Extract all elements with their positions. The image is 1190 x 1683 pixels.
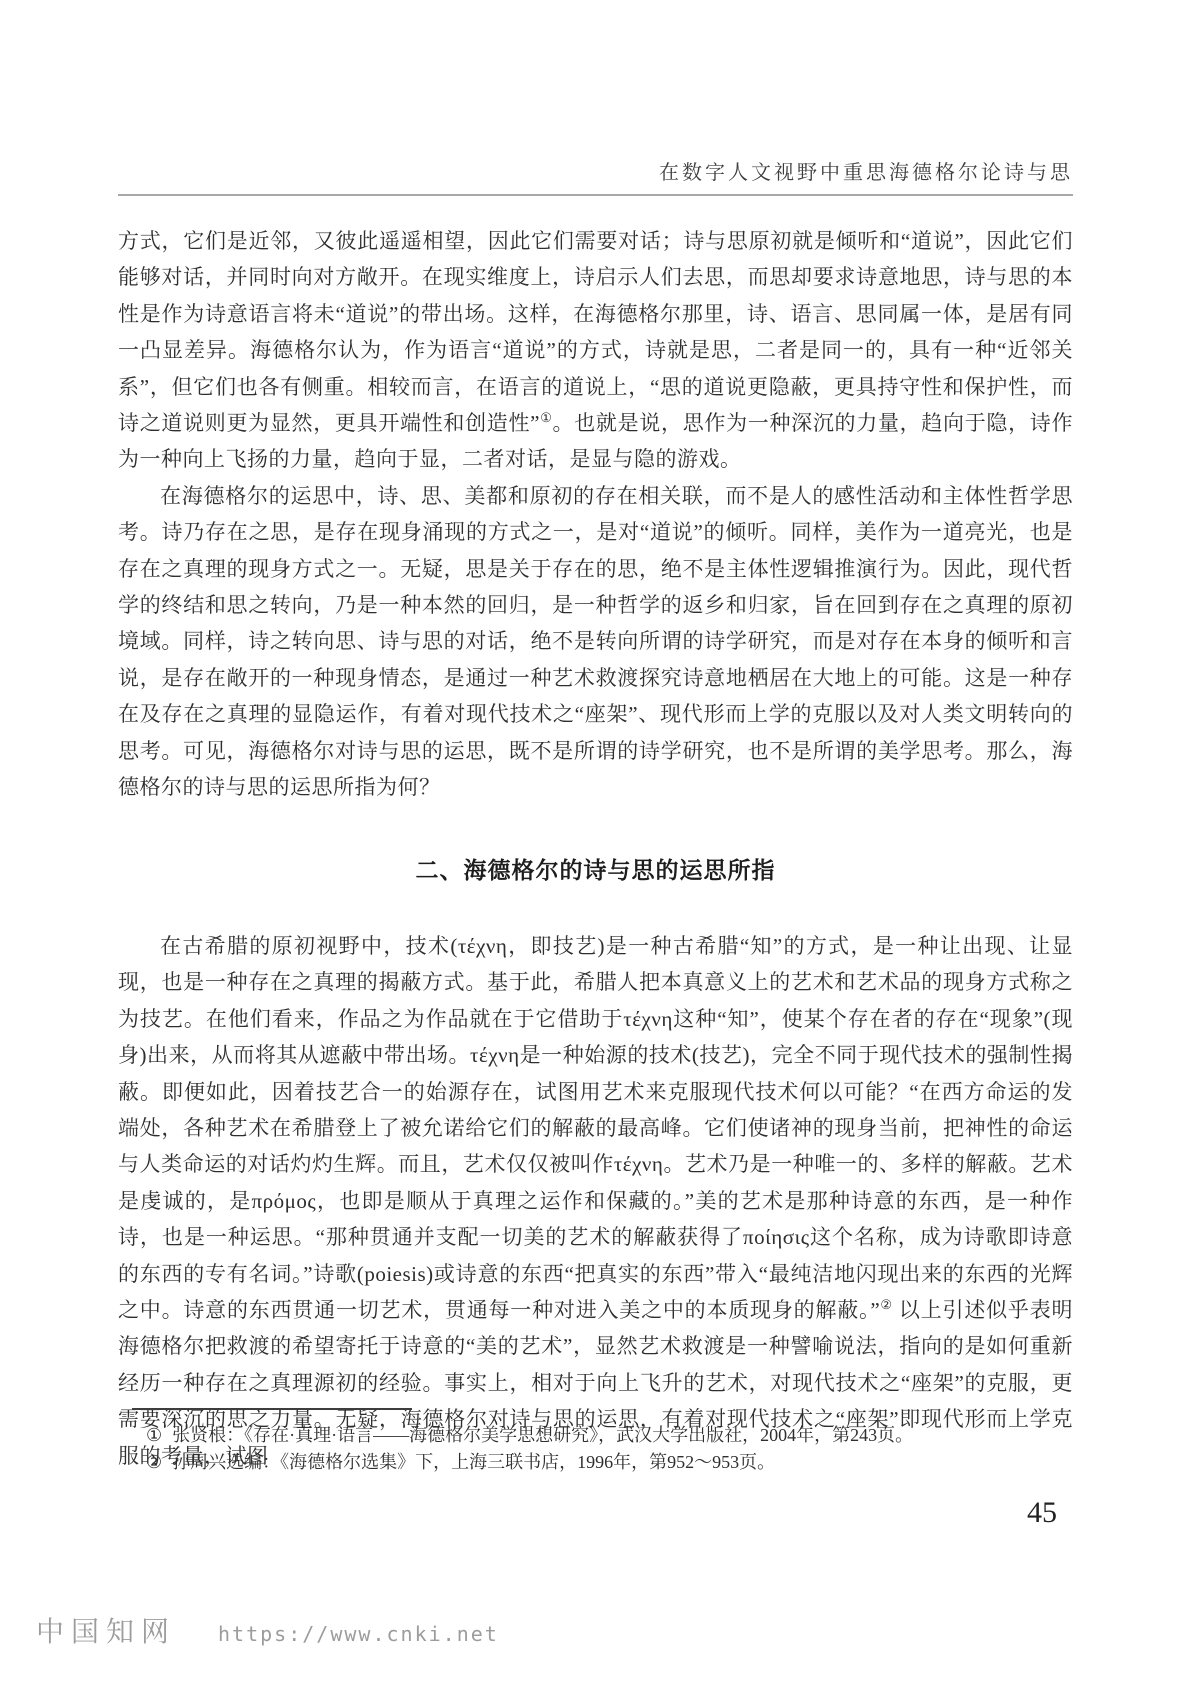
section-heading: 二、海德格尔的诗与思的运思所指	[118, 852, 1073, 888]
footnote-divider	[132, 1408, 412, 1410]
article-body: 方式，它们是近邻，又彼此遥遥相望，因此它们需要对话；诗与思原初就是倾听和“道说”…	[118, 223, 1073, 1474]
footnote-1-text: 张贤根：《存在·真理·语言——海德格尔美学思想研究》，武汉大学出版社，2004年…	[172, 1425, 913, 1445]
footnote-2: ②孙周兴选编：《海德格尔选集》下，上海三联书店，1996年，第952～953页。	[118, 1449, 1073, 1476]
footnote-2-text: 孙周兴选编：《海德格尔选集》下，上海三联书店，1996年，第952～953页。	[172, 1452, 775, 1472]
body-paragraph-1: 方式，它们是近邻，又彼此遥遥相望，因此它们需要对话；诗与思原初就是倾听和“道说”…	[118, 223, 1073, 478]
cnki-watermark: 中国知网 https://www.cnki.net	[36, 1610, 499, 1650]
document-page: 在数字人文视野中重思海德格尔论诗与思 方式，它们是近邻，又彼此遥遥相望，因此它们…	[0, 0, 1190, 1683]
watermark-url: https://www.cnki.net	[218, 1622, 499, 1646]
footnote-1-marker: ①	[146, 1425, 162, 1445]
footnote-2-marker: ②	[146, 1452, 162, 1472]
paragraph-1-text-before-note: 方式，它们是近邻，又彼此遥遥相望，因此它们需要对话；诗与思原初就是倾听和“道说”…	[118, 229, 1073, 435]
footnote-reference-2: ②	[880, 1297, 893, 1312]
page-number: 45	[1027, 1496, 1057, 1530]
running-header-title: 在数字人文视野中重思海德格尔论诗与思	[118, 156, 1073, 196]
watermark-site-name: 中国知网	[36, 1610, 176, 1650]
footnotes-section: ①张贤根：《存在·真理·语言——海德格尔美学思想研究》，武汉大学出版社，2004…	[118, 1408, 1073, 1476]
body-paragraph-3: 在古希腊的原初视野中，技术(τέχνη，即技艺)是一种古希腊“知”的方式，是一种…	[118, 928, 1073, 1474]
footnote-1: ①张贤根：《存在·真理·语言——海德格尔美学思想研究》，武汉大学出版社，2004…	[118, 1422, 1073, 1449]
paragraph-3-text-before-note: 在古希腊的原初视野中，技术(τέχνη，即技艺)是一种古希腊“知”的方式，是一种…	[118, 934, 1073, 1322]
footnote-reference-1: ①	[540, 410, 553, 425]
body-paragraph-2: 在海德格尔的运思中，诗、思、美都和原初的存在相关联，而不是人的感性活动和主体性哲…	[118, 478, 1073, 806]
